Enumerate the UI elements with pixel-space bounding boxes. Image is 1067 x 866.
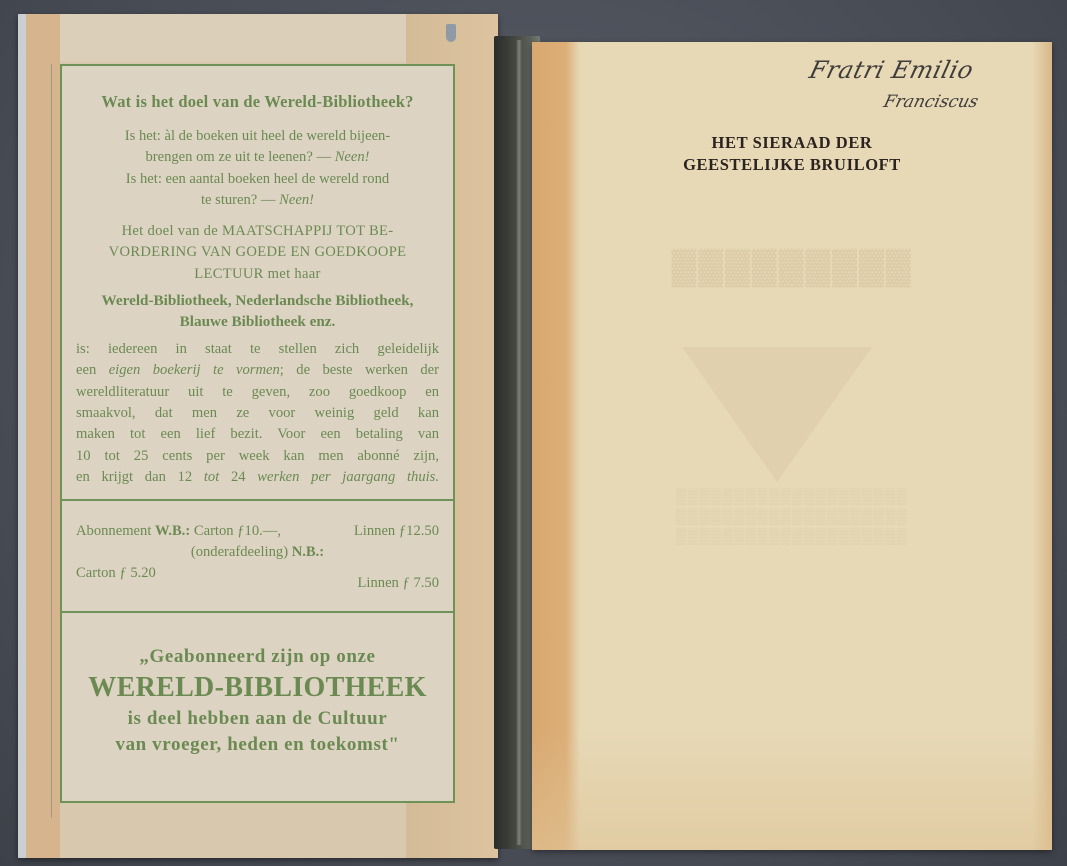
- question-2-line-1: Is het: een aantal boeken heel de wereld…: [76, 169, 439, 190]
- body-line-2: een eigen boekerij te vormen; de beste w…: [76, 360, 439, 381]
- question-2-text: te sturen? —: [201, 192, 279, 208]
- slogan-panel: „Geabonneerd zijn op onze WERELD-BIBLIOT…: [60, 611, 455, 803]
- wb-carton-price: Abonnement W.B.: Carton ƒ10.—,: [76, 521, 281, 542]
- body-line-7-prefix: en krijgt dan 12: [76, 469, 204, 485]
- nb-carton-price: Carton ƒ 5.20: [76, 563, 156, 594]
- bottom-stain: [532, 730, 1052, 850]
- book-title-line-2: GEESTELIJKE BRUILOFT: [652, 154, 932, 176]
- slogan-line-4: van vroeger, heden en toekomst": [62, 734, 453, 756]
- society-line-2: VORDERING VAN GOEDE EN GOEDKOOPE: [76, 242, 439, 263]
- show-through-imprint: ▒▒▒▒▒▒▒▒▒▒▒▒▒▒▒▒▒▒▒▒▒▒▒▒▒▒▒▒▒▒▒▒▒▒▒▒▒▒▒▒…: [592, 487, 992, 547]
- book-title-line-1: HET SIERAAD DER: [652, 132, 932, 154]
- wb-price-row: Abonnement W.B.: Carton ƒ10.—, Linnen ƒ1…: [76, 521, 439, 542]
- society-line-3: LECTUUR met haar: [76, 264, 439, 285]
- slogan-library-name: WERELD-BIBLIOTHEEK: [62, 672, 453, 704]
- body-line-2-italic: eigen boekerij te vormen: [109, 362, 280, 378]
- slogan-line-1: „Geabonneerd zijn op onze: [62, 646, 453, 668]
- question-2-line-2: te sturen? — Neen!: [76, 190, 439, 211]
- nb-linnen-price: Linnen ƒ 7.50: [358, 573, 439, 594]
- handwritten-inscription-line-2: Franciscus: [882, 92, 981, 112]
- purpose-panel: Wat is het doel van de Wereld-Bibliothee…: [60, 64, 455, 501]
- wb-carton: Carton ƒ10.—,: [190, 523, 281, 539]
- spine-edge-highlight: [516, 40, 522, 845]
- body-line-7-italic-2: werken per jaargang thuis.: [257, 469, 439, 485]
- body-line-5: maken tot een lief bezit. Voor een betal…: [76, 424, 439, 445]
- abonnement-label: Abonnement: [76, 523, 155, 539]
- body-line-7-mid: 24: [219, 469, 257, 485]
- society-line-1: Het doel van de MAATSCHAPPIJ TOT BE-: [76, 221, 439, 242]
- handwritten-inscription-line-1: Fratri Emilio: [807, 56, 977, 84]
- sub-division-label: (onderafdeeling): [191, 542, 288, 563]
- edge-stain: [1032, 42, 1052, 850]
- wb-label: W.B.:: [155, 523, 190, 539]
- book-title: HET SIERAAD DER GEESTELIJKE BRUILOFT: [652, 132, 932, 176]
- show-through-text: ▓▓▓▓▓▓▓▓▓: [592, 247, 992, 286]
- body-line-3: wereldliteratuur uit te geven, zoo goedk…: [76, 382, 439, 403]
- question-1-line-2: brengen om ze uit te leenen? — Neen!: [76, 147, 439, 168]
- nb-label: N.B.:: [292, 542, 324, 563]
- nb-label-row: (onderafdeeling) N.B.:: [76, 542, 439, 563]
- cover-fold-line: [51, 64, 52, 818]
- body-line-6: 10 tot 25 cents per week kan men abonné …: [76, 446, 439, 467]
- purpose-heading: Wat is het doel van de Wereld-Bibliothee…: [62, 92, 453, 112]
- question-1: Is het: àl de boeken uit heel de wereld …: [62, 126, 453, 211]
- library-names: Wereld-Bibliotheek, Nederlandsche Biblio…: [62, 290, 453, 332]
- question-1-answer: Neen!: [335, 149, 370, 165]
- show-through-emblem: [682, 347, 872, 482]
- title-page: ▓▓▓▓▓▓▓▓▓ ▒▒▒▒▒▒▒▒▒▒▒▒▒▒▒▒▒▒▒▒▒▒▒▒▒▒▒▒▒▒…: [532, 42, 1052, 850]
- society-line-3-caps: LECTUUR: [194, 266, 263, 282]
- society-statement: Het doel van de MAATSCHAPPIJ TOT BE- VOR…: [62, 221, 453, 285]
- body-line-2-prefix: een: [76, 362, 109, 378]
- subscription-prices-panel: Abonnement W.B.: Carton ƒ10.—, Linnen ƒ1…: [60, 499, 455, 613]
- body-line-4: smaakvol, dat men ze voor weinig geld ka…: [76, 403, 439, 424]
- purpose-body: is: iedereen in staat te stellen zich ge…: [62, 339, 453, 488]
- wb-linnen-price: Linnen ƒ12.50: [354, 521, 439, 542]
- body-line-7: en krijgt dan 12 tot 24 werken per jaarg…: [76, 467, 439, 488]
- gutter-stain: [532, 42, 580, 850]
- society-line-3-rest: met haar: [264, 266, 321, 282]
- library-names-line-2: Blauwe Bibliotheek enz.: [76, 311, 439, 332]
- question-1-line-1: Is het: àl de boeken uit heel de wereld …: [76, 126, 439, 147]
- body-line-7-italic: tot: [204, 469, 219, 485]
- question-2-answer: Neen!: [279, 192, 314, 208]
- body-line-1: is: iedereen in staat te stellen zich ge…: [76, 339, 439, 360]
- nb-price-row: Carton ƒ 5.20 Linnen ƒ 7.50: [76, 563, 439, 594]
- slogan-line-3: is deel hebben aan de Cultuur: [62, 708, 453, 730]
- cover-left-margin: [18, 14, 60, 858]
- body-line-2-suffix: ; de beste werken der: [280, 362, 439, 378]
- cover-tear: [446, 24, 456, 42]
- cover-top-strip: [60, 14, 406, 62]
- question-1-text: brengen om ze uit te leenen? —: [145, 149, 334, 165]
- library-names-line-1: Wereld-Bibliotheek, Nederlandsche Biblio…: [76, 290, 439, 311]
